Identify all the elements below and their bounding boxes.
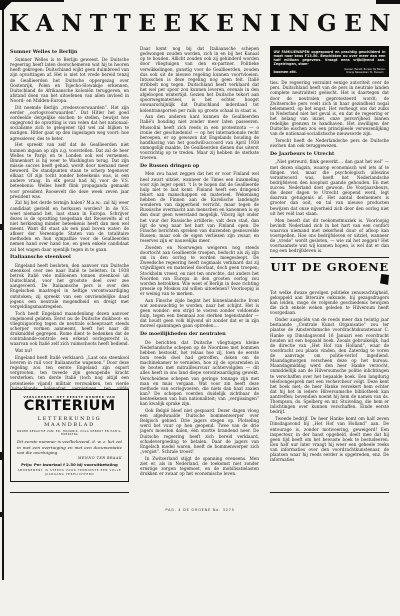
groene-section-heading: UIT DE GROENE	[270, 262, 389, 286]
scan-edge-mark	[0, 452, 3, 460]
column-left: Sumner Welles te BerlijnSumner Welles is…	[10, 46, 129, 493]
body-paragraph: „Niet getreurd, flink gewerkt.... dan ga…	[270, 159, 389, 215]
criterium-attribution: MENNO TER BRAAK	[17, 456, 122, 460]
section-heading: Sumner Welles te Berlijn	[10, 50, 129, 56]
section-heading: De Russen dringen op	[140, 164, 259, 170]
criterium-quote: Dit eerste nummer is veelbelovend, d. w.…	[17, 439, 122, 455]
column-middle: Daar komt nog bij dat Italiaansche schep…	[140, 46, 259, 493]
masthead: KANTTEEKENINGEN	[0, 11, 400, 36]
criterium-subscription-note: ABONNEMENT IS STEEDS VOOR TENMINSTE EEN …	[15, 469, 124, 477]
column-middle-text: Daar komt nog bij dat Italiaansche schep…	[140, 46, 259, 476]
scan-edge-mark	[0, 224, 4, 230]
body-paragraph: Dit noemde Berlijn „vredesvoorwaarden”. …	[10, 105, 129, 141]
body-paragraph: In Zwitserland stijgt de spanning evenee…	[140, 456, 259, 477]
body-paragraph: Het spreekt van zelf dat de Geallieerden…	[10, 142, 129, 198]
column-bottom-rule	[270, 492, 389, 493]
body-paragraph: Sumner Welles is te Berlijn geweest. De …	[10, 57, 129, 103]
section-divider	[270, 257, 389, 258]
body-paragraph: Zal hij het derde termijn halen? M.a.w.:…	[10, 200, 129, 251]
ink-blot-icon	[380, 274, 389, 285]
scan-edge-line	[2, 4, 4, 580]
criterium-editors: ONDER REDACTIE VAN: ED. HOORNIK, COLA DE…	[15, 430, 124, 437]
body-paragraph: Terecht heeft de Nederlandsche pers de D…	[270, 138, 389, 148]
criterium-ad: VERSCHENEN: HET EERSTE NUMMER VAN CRITER…	[10, 389, 129, 482]
column-bottom-rule	[10, 492, 129, 493]
groene-heading-text: UIT DE GROENE	[270, 260, 389, 274]
body-paragraph: Toch heeft Engeland maandenlang dezen aa…	[10, 311, 129, 347]
criterium-title: CRITERIUM	[15, 400, 124, 414]
scan-top-right-smudge	[376, 0, 400, 4]
familiewapen-ad-signature: boomen afd. Geneal. Herald. Bureau De Ba…	[274, 68, 386, 74]
criterium-price: Prijs: Per kwartaal f 2.50 bij vooruitbe…	[15, 462, 124, 467]
familiewapen-ad-text: UW FAMILIEWAPEN opgespoord en prachtig g…	[274, 50, 386, 67]
familiewapen-ad-text-cont: boomen afd.	[274, 70, 297, 74]
body-paragraph: Men zou haast zeggen dat het er voor Fin…	[140, 171, 259, 243]
body-paragraph: Engeland heeft besloten, den aanvoer van…	[10, 263, 129, 309]
body-paragraph: Ook België bleef niet gespaard. Dezer da…	[140, 408, 259, 454]
familiewapen-ad: UW FAMILIEWAPEN opgespoord en prachtig g…	[270, 46, 389, 77]
body-paragraph: Onder auspiciën van de reeds meer dan tw…	[270, 317, 389, 414]
familiewapen-ad-bureau: Geneal. Herald. Bureau De Banier, Oranje…	[344, 68, 385, 74]
body-paragraph: ties. De regeering verzuimt eenige autor…	[270, 80, 389, 136]
column-right-text: ties. De regeering verzuimt eenige autor…	[270, 80, 389, 462]
scan-edge-mark	[0, 512, 3, 517]
body-paragraph: Aan den anderen kant kunnen de Geallieer…	[140, 114, 259, 160]
newspaper-page: KANTTEEKENINGEN Sumner Welles te Berlijn…	[0, 0, 400, 616]
column-right: UW FAMILIEWAPEN opgespoord en prachtig g…	[270, 46, 389, 493]
body-paragraph: Tot welke dwaze gevolgen politieke zenuw…	[270, 290, 389, 316]
section-heading: De moeilijkheden der neutralen	[140, 332, 259, 338]
page-footer: PAG. 4 DE GROENE No. 3275	[0, 508, 400, 512]
body-paragraph: Wat nu?	[10, 348, 129, 353]
section-heading: Italiaansche steenkool	[10, 255, 129, 261]
column-container: Sumner Welles te BerlijnSumner Welles is…	[10, 46, 389, 493]
scan-top-strip	[0, 0, 64, 2]
body-paragraph: Daar komt nog bij dat Italiaansche schep…	[140, 46, 259, 113]
body-paragraph: Tweede bedrijf. De heer Hanke komt om ha…	[270, 416, 389, 462]
body-paragraph: Men beseft dat dit toekomstmuziek is. Vo…	[270, 218, 389, 254]
criterium-subtitle: LETTERKUNDIG MAANDBLAD	[15, 416, 124, 428]
body-paragraph: De berichten dat Duitsche vliegtuigen kl…	[140, 340, 259, 407]
section-heading: De Jaarbeurs te Utrecht	[270, 152, 389, 158]
body-paragraph: Aan Finsche zijde begint het binnenlands…	[140, 298, 259, 329]
body-paragraph: Zweden en Noorwegen weigeren nog steeds …	[140, 245, 259, 296]
page-title: KANTTEEKENINGEN	[0, 11, 400, 36]
column-left-text: Sumner Welles te BerlijnSumner Welles is…	[10, 50, 129, 407]
bureau-address: Oranje Nassaulaan 71, Bussum	[346, 71, 383, 74]
